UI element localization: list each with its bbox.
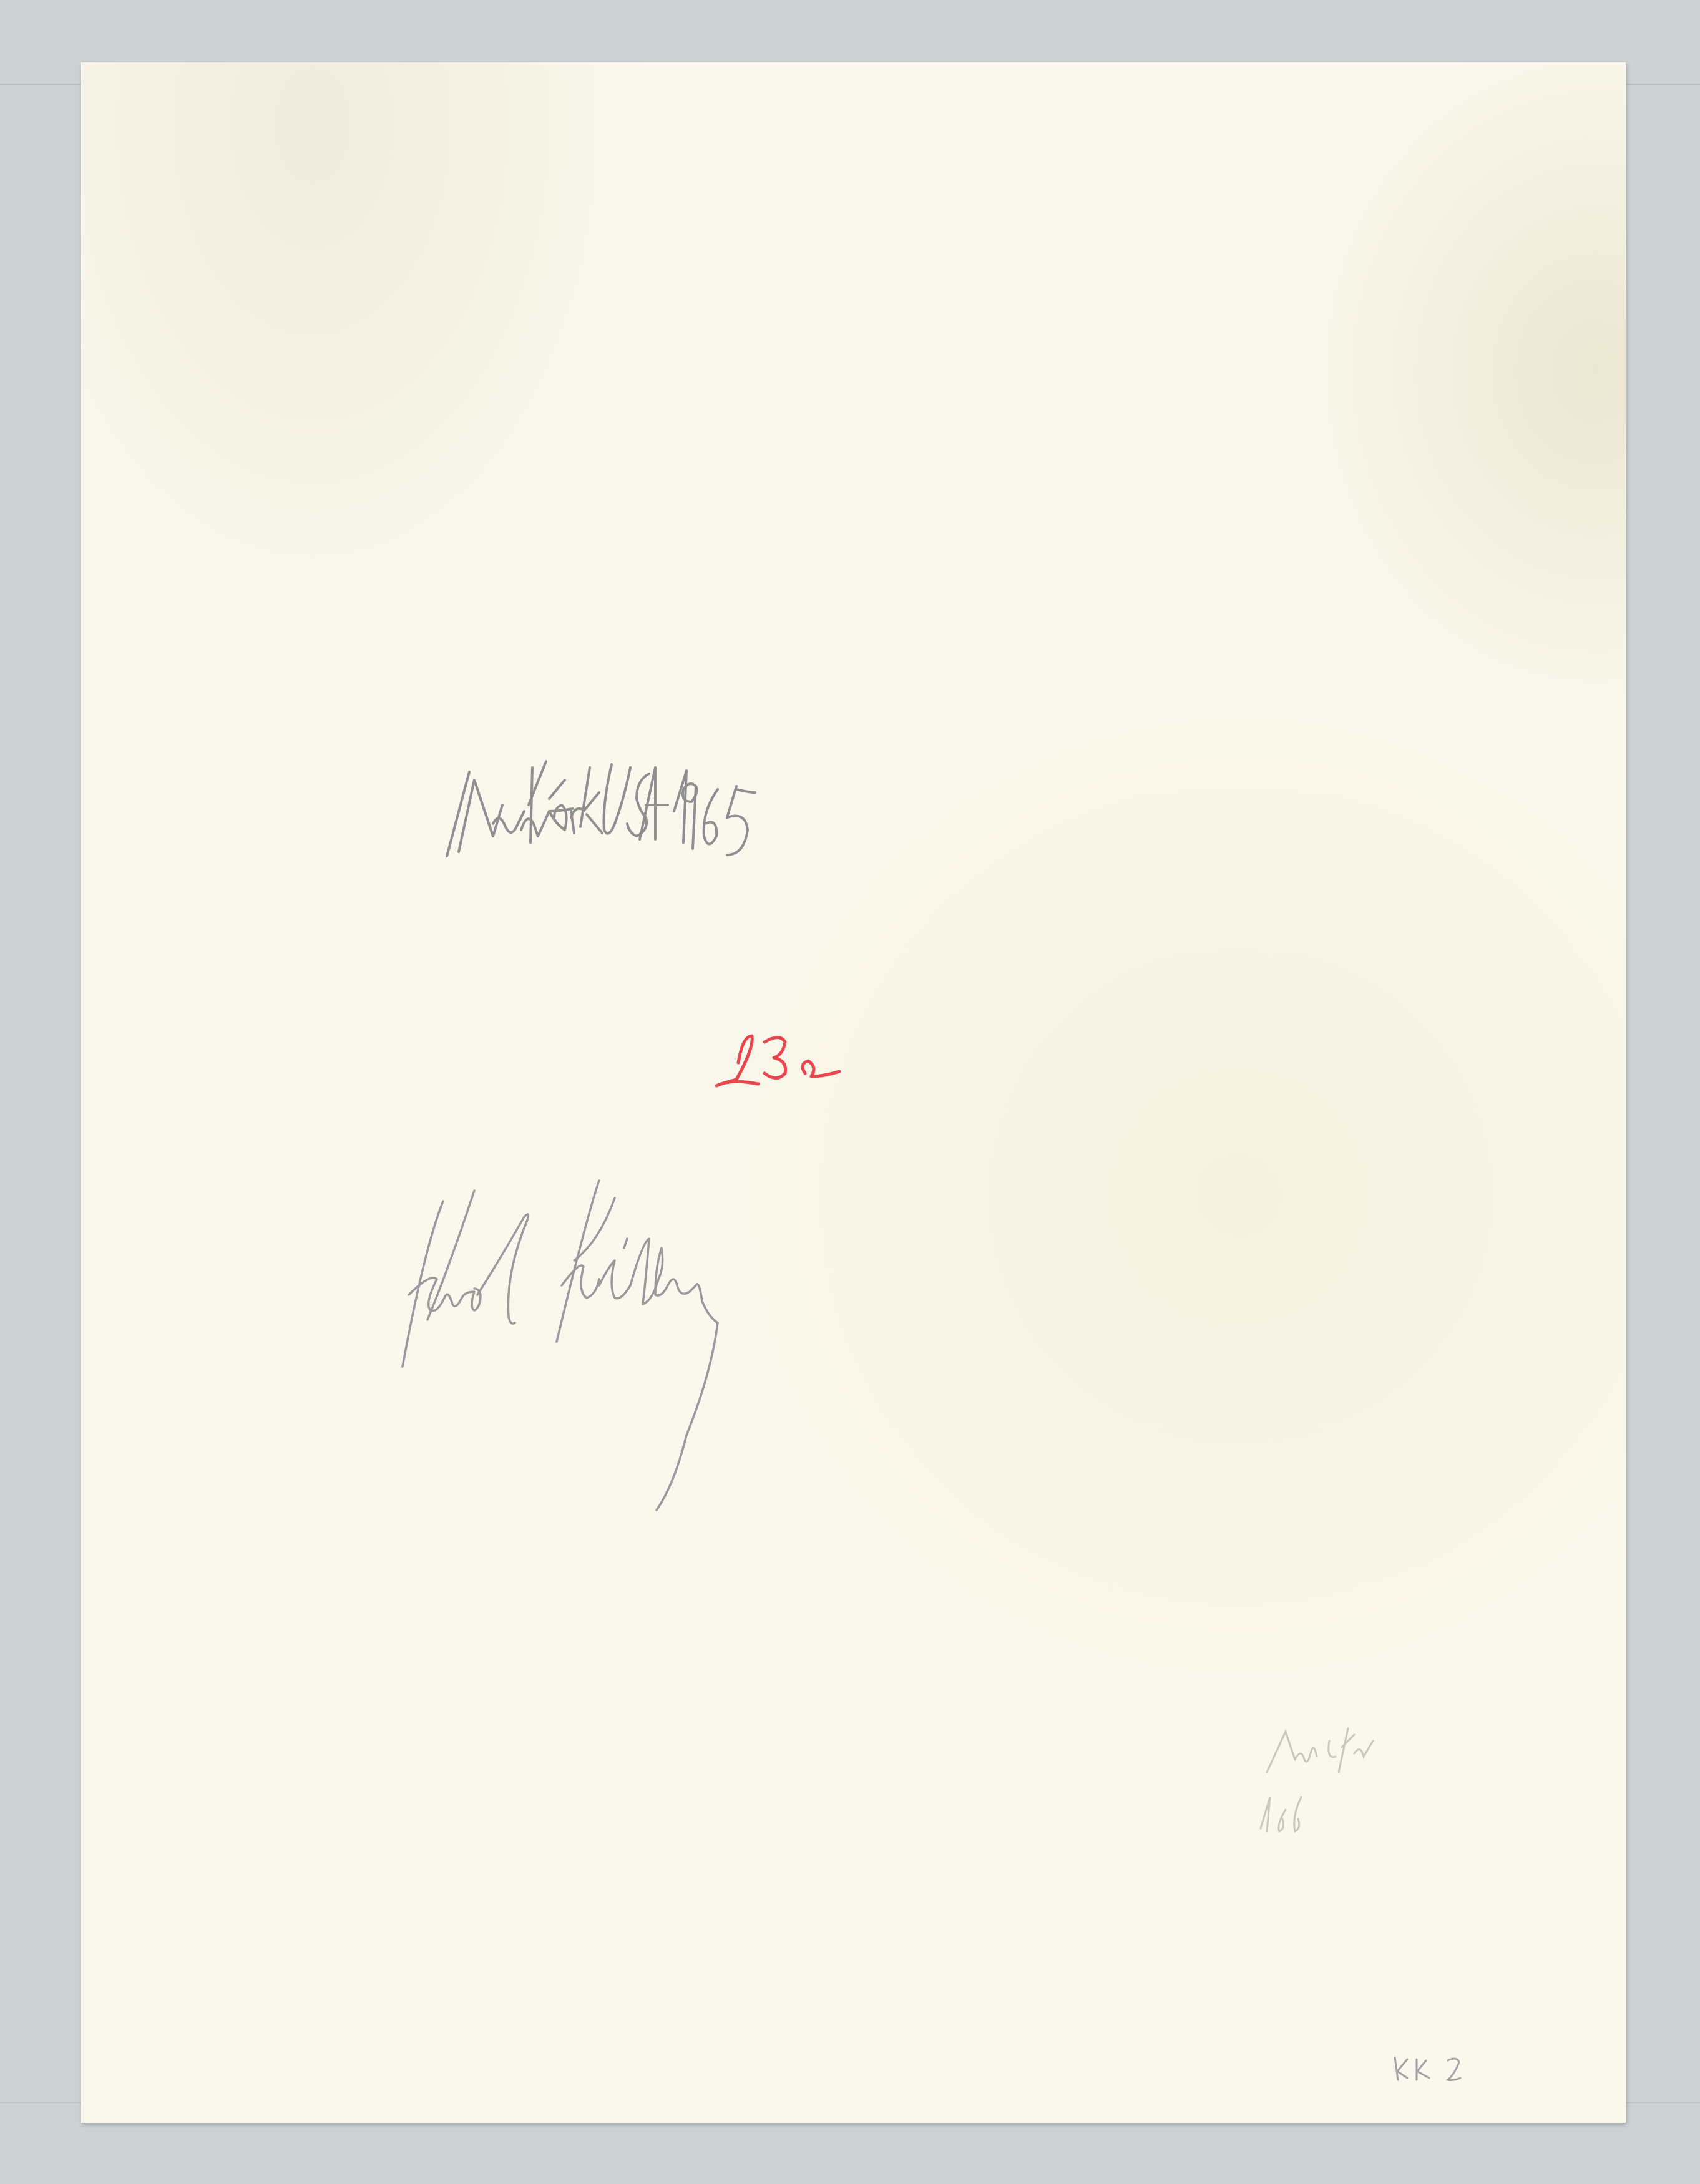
photo-print-back bbox=[81, 62, 1626, 2123]
